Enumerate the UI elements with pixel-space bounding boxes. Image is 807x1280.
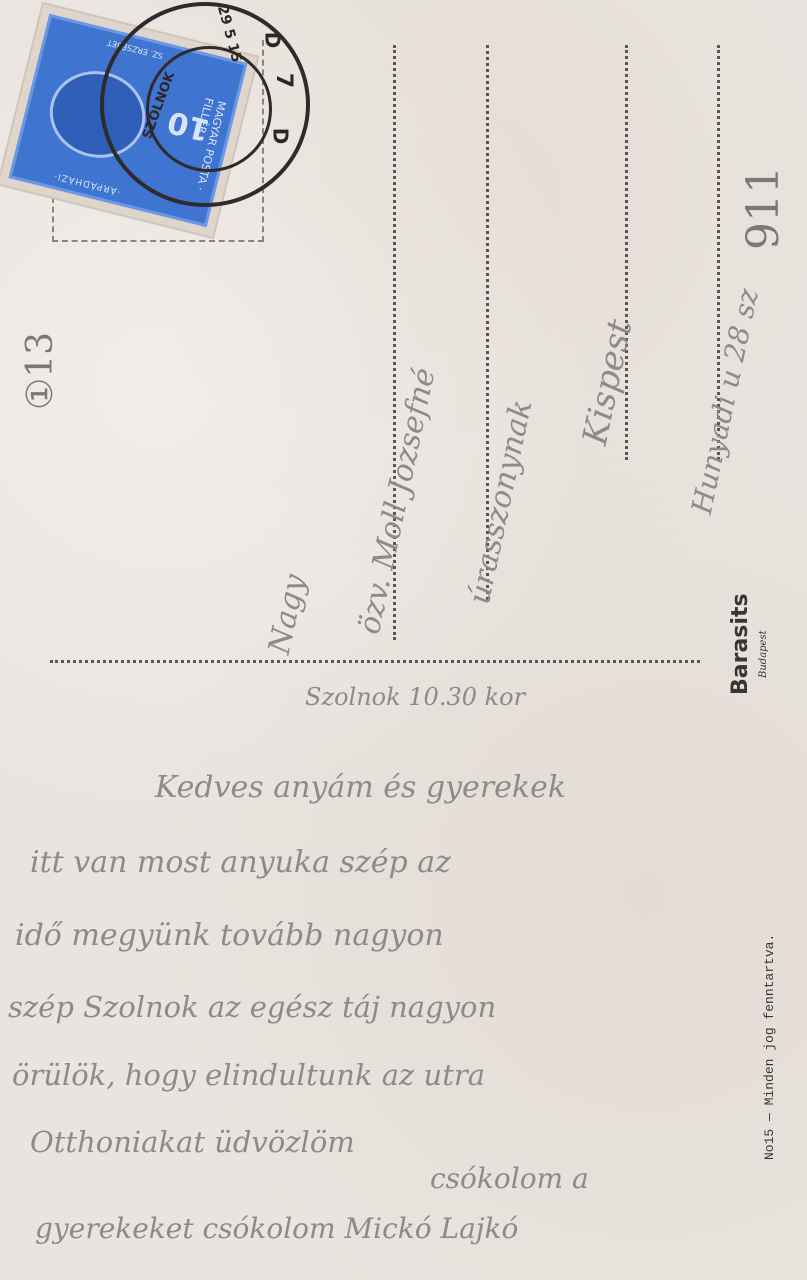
postmark-cancel: 29 5 15 SZOLNOK D 7 D: [100, 2, 310, 207]
postmark-letter-1: D: [260, 32, 284, 49]
pencil-number-right: 911: [738, 166, 789, 250]
message-line: csókolom a: [430, 1162, 589, 1195]
publisher-name: Barasits: [728, 593, 753, 695]
address-line-name: özv. Moll Jozsefné: [352, 365, 443, 637]
message-line: idő megyünk tovább nagyon: [15, 918, 444, 953]
divider-line: [50, 660, 700, 663]
message-line: örülök, hogy elindultunk az utra: [12, 1058, 485, 1092]
message-line: Otthoniakat üdvözlöm: [30, 1125, 355, 1159]
message-line: Kedves anyám és gyerekek: [155, 770, 566, 805]
rights-notice: No15 — Minden jog fenntartva.: [762, 934, 777, 1160]
stamp-bottom-text: ·ÁRPÁDHÁZI·: [52, 170, 121, 196]
postmark-letter-2: D: [268, 128, 292, 145]
postcard-back: SZ. ERZSÉBET 10 MAGYAR POSTA · FILLÉR ·Á…: [0, 0, 807, 1280]
address-line-nagy: Nagy: [262, 571, 313, 657]
address-line-city: Kispest: [575, 316, 640, 448]
address-line-3: [625, 45, 628, 460]
pencil-number-left: ①13: [20, 332, 61, 410]
publisher-city: Budapest: [758, 630, 769, 678]
postmark-code: 7: [271, 73, 296, 88]
message-line: szép Szolnok az egész táj nagyon: [8, 990, 496, 1024]
message-line: itt van most anyuka szép az: [30, 845, 451, 880]
address-line-street: Hunyadi u 28 sz: [685, 286, 765, 517]
message-heading: Szolnok 10.30 kor: [305, 683, 525, 711]
publisher-logo: Barasits Budapest: [728, 600, 807, 720]
address-line-title: úrasszonynak: [462, 397, 539, 608]
message-signature-line: gyerekeket csókolom Mickó Lajkó: [35, 1212, 518, 1245]
